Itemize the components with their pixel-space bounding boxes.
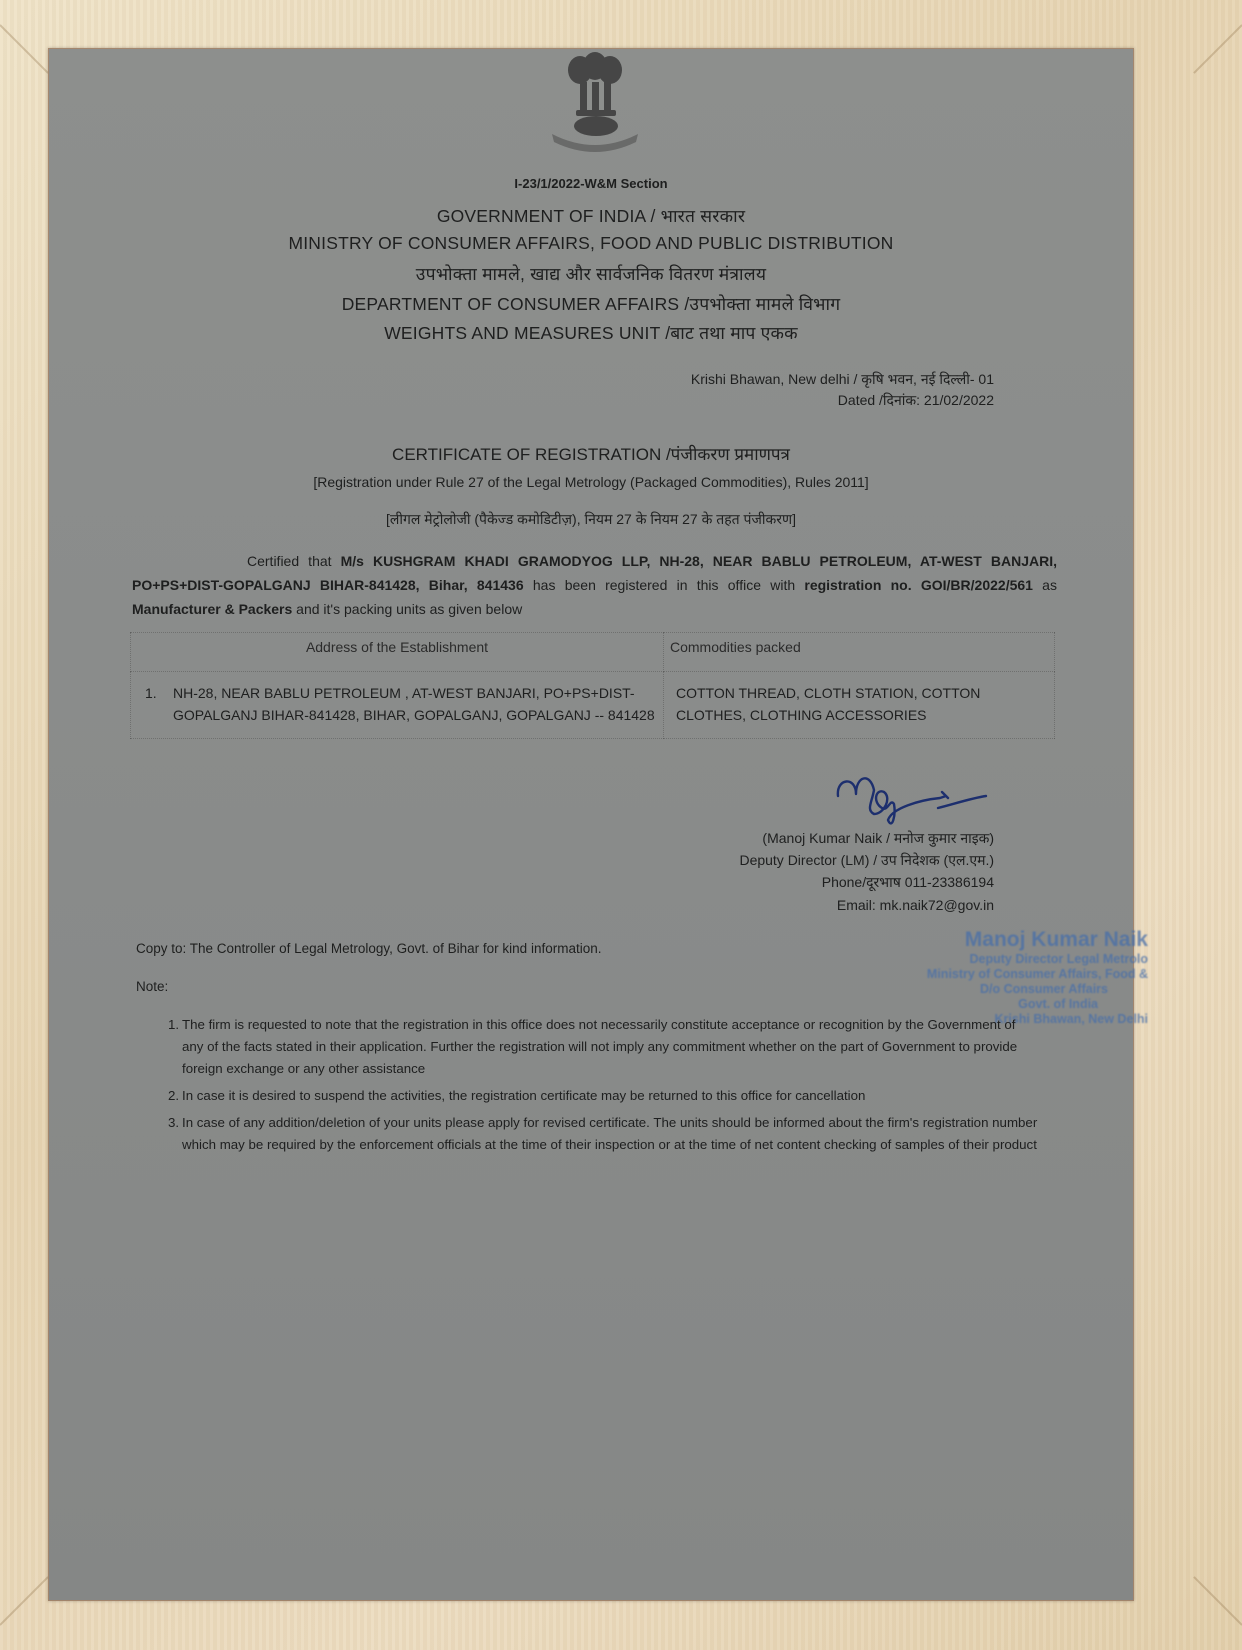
- header-government: GOVERNMENT OF INDIA / भारत सरकार: [48, 204, 1134, 228]
- copy-to-line: Copy to: The Controller of Legal Metrolo…: [136, 941, 601, 956]
- header-unit: WEIGHTS AND MEASURES UNIT /बाट तथा माप ए…: [48, 321, 1134, 345]
- rule-reference-english: [Registration under Rule 27 of the Legal…: [48, 474, 1134, 490]
- certification-paragraph: Certified that M/s KUSHGRAM KHADI GRAMOD…: [132, 549, 1057, 621]
- header-department: DEPARTMENT OF CONSUMER AFFAIRS /उपभोक्ता…: [48, 292, 1134, 316]
- column-header-commodities: Commodities packed: [664, 633, 1055, 672]
- file-number: I-23/1/2022-W&M Section: [48, 176, 1134, 191]
- registration-role: Manufacturer & Packers: [132, 601, 292, 617]
- notes-list: 1. The firm is requested to note that th…: [168, 1014, 1038, 1161]
- photo-frame: I-23/1/2022-W&M Section GOVERNMENT OF IN…: [0, 0, 1242, 1650]
- signatory-email: Email: mk.naik72@gov.in: [837, 894, 994, 916]
- note-item: 1. The firm is requested to note that th…: [168, 1014, 1038, 1080]
- address-cell: 1. NH-28, NEAR BABLU PETROLEUM , AT-WEST…: [131, 672, 664, 739]
- note-item: 3. In case of any addition/deletion of y…: [168, 1112, 1038, 1156]
- header-ministry: MINISTRY OF CONSUMER AFFAIRS, FOOD AND P…: [48, 233, 1134, 254]
- row-number: 1.: [139, 682, 173, 726]
- table-row: 1. NH-28, NEAR BABLU PETROLEUM , AT-WEST…: [131, 672, 1055, 739]
- signatory-designation: Deputy Director (LM) / उप निदेशक (एल.एम.…: [739, 849, 994, 871]
- note-item: 2. In case it is desired to suspend the …: [168, 1085, 1038, 1107]
- signatory-phone: Phone/दूरभाष 011-23386194: [822, 871, 994, 893]
- note-label: Note:: [136, 979, 168, 994]
- establishment-table: Address of the Establishment Commodities…: [130, 632, 1055, 739]
- frame-corner-seam: [1193, 24, 1242, 73]
- frame-corner-seam: [0, 24, 49, 73]
- frame-corner-seam: [1193, 1576, 1242, 1625]
- commodities-cell: COTTON THREAD, CLOTH STATION, COTTON CLO…: [664, 672, 1055, 739]
- national-emblem-icon: [540, 48, 650, 158]
- header-ministry-hindi: उपभोक्ता मामले, खाद्य और सार्वजनिक वितरण…: [48, 262, 1134, 286]
- column-header-address: Address of the Establishment: [131, 633, 664, 672]
- issuing-place: Krishi Bhawan, New delhi / कृषि भवन, नई …: [691, 370, 994, 389]
- rule-reference-hindi: [लीगल मेट्रोलोजी (पैकेज्ड कमोडिटीज़), नि…: [48, 510, 1134, 529]
- signatory-name: (Manoj Kumar Naik / मनोज कुमार नाइक): [762, 827, 994, 849]
- registration-number: registration no. GOI/BR/2022/561: [804, 577, 1033, 593]
- issue-date: Dated /दिनांक: 21/02/2022: [838, 391, 994, 410]
- certificate-title: CERTIFICATE OF REGISTRATION /पंजीकरण प्र…: [48, 442, 1134, 465]
- certificate-paper: I-23/1/2022-W&M Section GOVERNMENT OF IN…: [48, 48, 1134, 1601]
- frame-corner-seam: [0, 1576, 49, 1625]
- establishment-address: NH-28, NEAR BABLU PETROLEUM , AT-WEST BA…: [173, 682, 655, 726]
